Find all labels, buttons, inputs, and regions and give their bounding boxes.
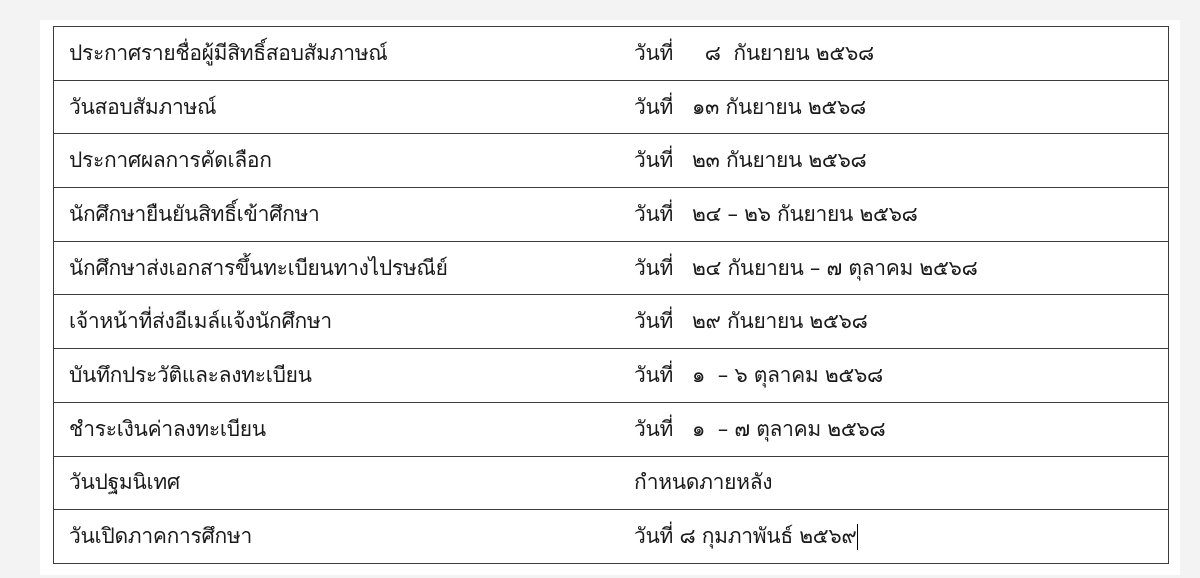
- table-row: ชำระเงินค่าลงทะเบียน วันที่๑ – ๗ ตุลาคม …: [54, 402, 1169, 456]
- activity-cell[interactable]: เจ้าหน้าที่ส่งอีเมล์แจ้งนักศึกษา: [54, 295, 620, 349]
- date-cell[interactable]: วันที่๑ – ๗ ตุลาคม ๒๕๖๘: [619, 402, 1169, 456]
- date-prefix: วันที่: [634, 198, 692, 231]
- date-prefix: วันที่: [634, 305, 692, 338]
- date-value: ๑๓ กันยายน ๒๕๖๘: [692, 95, 866, 119]
- date-cell[interactable]: วันที่๒๓ กันยายน ๒๕๖๘: [619, 134, 1169, 188]
- table-row: นักศึกษาส่งเอกสารขึ้นทะเบียนทางไปรษณีย์ …: [54, 241, 1169, 295]
- date-prefix: วันที่: [634, 91, 692, 124]
- text-cursor: [857, 524, 858, 550]
- date-value: ๑ – ๗ ตุลาคม ๒๕๖๘: [692, 417, 885, 441]
- table-row: วันสอบสัมภาษณ์ วันที่๑๓ กันยายน ๒๕๖๘: [54, 80, 1169, 134]
- date-prefix: วันที่: [634, 252, 692, 285]
- date-value: กำหนดภายหลัง: [634, 470, 772, 494]
- activity-cell[interactable]: วันปฐมนิเทศ: [54, 456, 620, 510]
- date-value: ๒๓ กันยายน ๒๕๖๘: [692, 148, 866, 172]
- date-cell[interactable]: วันที่๑ – ๖ ตุลาคม ๒๕๖๘: [619, 349, 1169, 403]
- activity-cell[interactable]: วันเปิดภาคการศึกษา: [54, 510, 620, 564]
- date-value: ๘ กันยายน ๒๕๖๘: [692, 41, 874, 65]
- date-prefix: วันที่: [634, 37, 692, 70]
- table-row: ประกาศรายชื่อผู้มีสิทธิ์สอบสัมภาษณ์ วันท…: [54, 27, 1169, 81]
- table-row: บันทึกประวัติและลงทะเบียน วันที่๑ – ๖ ตุ…: [54, 349, 1169, 403]
- date-prefix: วันที่: [634, 359, 692, 392]
- activity-cell[interactable]: นักศึกษาส่งเอกสารขึ้นทะเบียนทางไปรษณีย์: [54, 241, 620, 295]
- activity-cell[interactable]: นักศึกษายืนยันสิทธิ์เข้าศึกษา: [54, 188, 620, 242]
- table-row: วันปฐมนิเทศ กำหนดภายหลัง: [54, 456, 1169, 510]
- date-cell[interactable]: วันที่๒๙ กันยายน ๒๕๖๘: [619, 295, 1169, 349]
- activity-cell[interactable]: ประกาศผลการคัดเลือก: [54, 134, 620, 188]
- date-cell[interactable]: วันที่ ๘ กันยายน ๒๕๖๘: [619, 27, 1169, 81]
- activity-cell[interactable]: ชำระเงินค่าลงทะเบียน: [54, 402, 620, 456]
- activity-cell[interactable]: ประกาศรายชื่อผู้มีสิทธิ์สอบสัมภาษณ์: [54, 27, 620, 81]
- date-prefix: วันที่: [634, 413, 692, 446]
- table-row: วันเปิดภาคการศึกษา วันที่ ๘ กุมภาพันธ์ ๒…: [54, 510, 1169, 564]
- date-cell[interactable]: วันที่๒๔ – ๒๖ กันยายน ๒๕๖๘: [619, 188, 1169, 242]
- date-cell[interactable]: วันที่๑๓ กันยายน ๒๕๖๘: [619, 80, 1169, 134]
- activity-cell[interactable]: บันทึกประวัติและลงทะเบียน: [54, 349, 620, 403]
- date-value: วันที่ ๘ กุมภาพันธ์ ๒๕๖๙: [634, 524, 856, 548]
- activity-cell[interactable]: วันสอบสัมภาษณ์: [54, 80, 620, 134]
- date-cell[interactable]: วันที่ ๘ กุมภาพันธ์ ๒๕๖๙: [619, 510, 1169, 564]
- table-row: นักศึกษายืนยันสิทธิ์เข้าศึกษา วันที่๒๔ –…: [54, 188, 1169, 242]
- date-value: ๒๔ – ๒๖ กันยายน ๒๕๖๘: [692, 202, 918, 226]
- date-value: ๑ – ๖ ตุลาคม ๒๕๖๘: [692, 363, 883, 387]
- date-value: ๒๙ กันยายน ๒๕๖๘: [692, 309, 867, 333]
- date-cell[interactable]: วันที่๒๔ กันยายน – ๗ ตุลาคม ๒๕๖๘: [619, 241, 1169, 295]
- date-cell[interactable]: กำหนดภายหลัง: [619, 456, 1169, 510]
- table-row: ประกาศผลการคัดเลือก วันที่๒๓ กันยายน ๒๕๖…: [54, 134, 1169, 188]
- table-row: เจ้าหน้าที่ส่งอีเมล์แจ้งนักศึกษา วันที่๒…: [54, 295, 1169, 349]
- date-prefix: วันที่: [634, 144, 692, 177]
- schedule-table: ประกาศรายชื่อผู้มีสิทธิ์สอบสัมภาษณ์ วันท…: [53, 26, 1169, 564]
- date-value: ๒๔ กันยายน – ๗ ตุลาคม ๒๕๖๘: [692, 256, 978, 280]
